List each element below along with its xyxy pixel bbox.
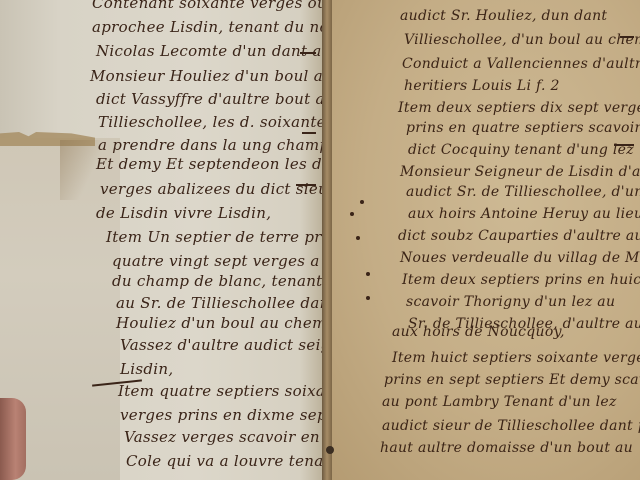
left-page: Contenant soixante verges ou environ apr… (0, 0, 326, 480)
left-line: dict Vassyffre d'aultre bout a Mre (96, 90, 326, 108)
ink-dot (366, 296, 370, 300)
left-line: Contenant soixante verges ou environ (92, 0, 326, 12)
right-line: scavoir Thorigny d'un lez au (406, 294, 615, 310)
right-line: aux hoirs de Noucquoy, (392, 324, 565, 340)
ink-dot (366, 272, 370, 276)
left-line: verges prins en dixme septiers (120, 406, 326, 424)
thumb (0, 398, 26, 480)
left-line: a prendre dans la ung champ de voisa, po… (98, 136, 326, 154)
right-line: audict Sr. de Tillieschollee, d'un boul (406, 184, 640, 200)
line-filler (620, 36, 634, 38)
book-gutter (322, 0, 332, 480)
right-line: haut aultre domaisse d'un bout au (380, 440, 633, 456)
left-line: Lisdin, (120, 360, 173, 378)
line-filler (614, 144, 634, 146)
manuscript-photo: Contenant soixante verges ou environ apr… (0, 0, 640, 480)
ink-dot (360, 200, 364, 204)
right-line: heritiers Louis Li f. 2 (404, 78, 560, 94)
right-line: prins en quatre septiers scavoir au lieu… (406, 120, 640, 136)
left-line: quatre vingt sept verges a St. ? (112, 252, 326, 270)
right-line: Item deux septiers dix sept verges (398, 100, 640, 116)
torn-shadow (60, 140, 100, 200)
right-page: audict Sr. Houliez, dun dant Villieschol… (326, 0, 640, 480)
right-line: Conduict a Vallenciennes d'aultre aux (402, 56, 640, 72)
left-line: de Lisdin vivre Lisdin, (96, 204, 271, 222)
left-line: Item quatre septiers soixante (118, 382, 326, 400)
left-line: Item Un septier de terre prins en (106, 228, 326, 246)
right-line: dict soubz Cauparties d'aultre aux (398, 228, 640, 244)
left-line: aprochee Lisdin, tenant du noli ferroe (92, 18, 326, 36)
ink-dot (350, 212, 354, 216)
right-line: aux hoirs Antoine Heruy au lieu (408, 206, 640, 222)
right-line: Noues verdeualle du villag de Moulis, (400, 250, 640, 266)
right-line: dict Cocquiny tenant d'ung lez (408, 142, 634, 158)
left-line: Tillieschollee, les d. soixante verges (98, 113, 326, 131)
ink-dot (356, 236, 360, 240)
left-line: Vassez d'aultre audict seigneur (120, 336, 326, 354)
right-line: prins en sept septiers Et demy scavoir (384, 372, 640, 388)
right-line: Item huict septiers soixante verges (392, 350, 640, 366)
right-line: audict Sr. Houliez, dun dant (400, 8, 607, 24)
line-filler (300, 52, 316, 54)
left-line: au Sr. de Tillieschollee dant au sieur (116, 294, 326, 312)
left-line: Cole qui va a louvre tenant d. (126, 452, 326, 470)
binding-stitch (326, 446, 334, 454)
left-line: Monsieur Houliez d'un boul au chemin (90, 67, 326, 85)
right-line: Villieschollee, d'un boul au chemin qui (404, 32, 640, 48)
right-line: Monsieur Seigneur de Lisdin d'aultre (400, 164, 640, 180)
left-line: verges abalizees du dict sieur (100, 180, 326, 198)
right-line: audict sieur de Tillieschollee dant par (382, 418, 640, 434)
right-line: Item deux septiers prins en huict septie… (402, 272, 640, 288)
left-line: Nicolas Lecomte d'un dant aux heritiere (96, 42, 326, 60)
line-filler (296, 184, 316, 186)
line-filler (302, 132, 316, 134)
right-line: au pont Lambry Tenant d'un lez (382, 394, 617, 410)
left-line: Et demy Et septendeon les d. soixante (96, 155, 326, 173)
left-line: Houliez d'un boul au chemin dan (116, 314, 326, 332)
left-line: du champ de blanc, tenant du noli (112, 272, 326, 290)
left-line: Vassez verges scavoir en la val (124, 428, 326, 446)
